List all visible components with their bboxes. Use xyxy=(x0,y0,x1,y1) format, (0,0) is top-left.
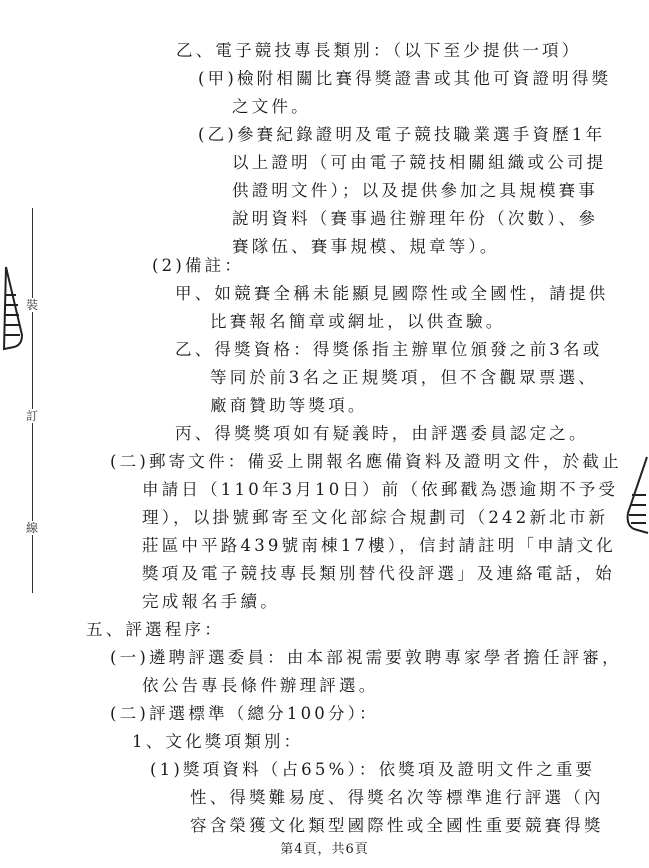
text-line: 甲、如競賽全稱未能顯見國際性或全國性，請提供 xyxy=(175,283,608,305)
text-line: 容含榮獲文化類型國際性或全國性重要競賽得獎 xyxy=(190,815,604,837)
page-number: 第4頁，共6頁 xyxy=(0,838,649,857)
scanner-edge-mark-icon xyxy=(2,265,24,351)
text-line: 之文件。 xyxy=(232,96,311,118)
text-line: 1、文化獎項類別： xyxy=(132,731,303,753)
text-line: 依公告專長條件辦理評選。 xyxy=(142,675,378,697)
text-line: 性、得獎難易度、得獎名次等標準進行評選（內 xyxy=(190,787,604,809)
text-line: 等同於前3名之正規獎項，但不含觀眾票選、 xyxy=(210,367,598,389)
text-line: (1)獎項資料（占65%）：依獎項及證明文件之重要 xyxy=(150,759,595,781)
binding-char-ding: 訂 xyxy=(26,409,38,423)
text-line: 理），以掛號郵寄至文化部綜合規劃司（242新北市新 xyxy=(142,507,608,529)
text-line: 乙、得獎資格：得獎係指主辦單位頒發之前3名或 xyxy=(175,339,602,361)
text-line: (二)郵寄文件：備妥上開報名應備資料及證明文件，於截止 xyxy=(110,451,622,473)
text-line: 莊區中平路439號南棟17樓），信封請註明「申請文化 xyxy=(142,535,616,557)
binding-char-xian: 線 xyxy=(26,521,38,535)
binding-char-zhuang: 裝 xyxy=(26,298,38,312)
text-line: (乙)參賽紀錄證明及電子競技職業選手資歷1年 xyxy=(198,124,605,146)
text-line: 完成報名手續。 xyxy=(142,591,280,613)
text-line: 丙、得獎獎項如有疑義時，由評選委員認定之。 xyxy=(175,423,589,445)
text-line: 供證明文件）；以及提供參加之具規模賽事 xyxy=(232,180,598,202)
text-line: 比賽報名簡章或網址，以供查驗。 xyxy=(210,311,506,333)
text-line: (二)評選標準（總分100分）： xyxy=(110,703,379,725)
text-line: 賽隊伍、賽事規模、規章等）。 xyxy=(232,236,500,258)
section-heading: (2)備註： xyxy=(152,255,244,277)
text-line: 說明資料（賽事過往辦理年份（次數）、參 xyxy=(232,208,598,230)
scanner-edge-mark-icon xyxy=(622,455,649,537)
text-line: 乙、電子競技專長類別：（以下至少提供一項） xyxy=(176,40,581,62)
text-line: 申請日（110年3月10日）前（依郵戳為憑逾期不予受 xyxy=(142,479,618,501)
text-line: 以上證明（可由電子競技相關組織或公司提 xyxy=(232,152,606,174)
text-line: 獎項及電子競技專長類別替代役評選」及連絡電話，始 xyxy=(142,563,615,585)
text-line: (甲)檢附相關比賽得獎證書或其他可資證明得獎 xyxy=(198,68,611,90)
section-heading: 五、評選程序： xyxy=(86,619,224,641)
text-line: 廠商贊助等獎項。 xyxy=(210,395,368,417)
text-line: (一)遴聘評選委員：由本部視需要敦聘專家學者擔任評審， xyxy=(110,647,622,669)
binding-line xyxy=(32,208,33,593)
